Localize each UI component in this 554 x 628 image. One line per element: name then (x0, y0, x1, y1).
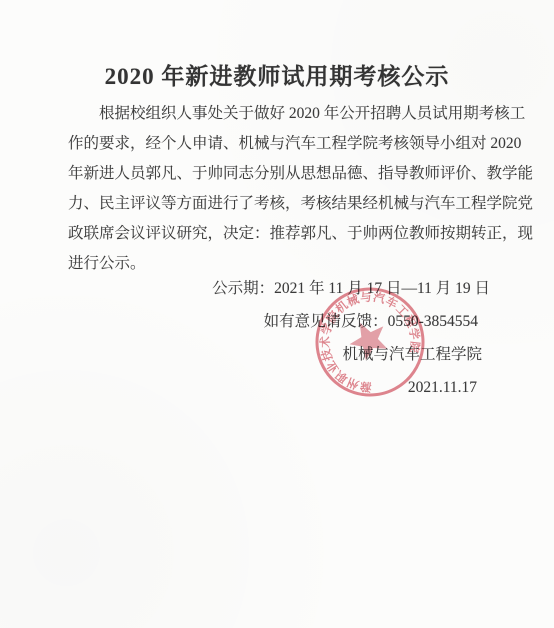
signer-department: 机械与汽车工程学院 (0, 338, 554, 371)
signature-date: 2021.11.17 (0, 371, 554, 404)
publicity-period: 公示期：2021 年 11 月 17 日—11 月 19 日 (0, 272, 554, 305)
body-line: 力、民主评议等方面进行了考核，考核结果经机械与汽车工程学院党 (68, 189, 494, 219)
notice-closing: 公示期：2021 年 11 月 17 日—11 月 19 日 如有意见请反馈：0… (0, 272, 554, 404)
body-line: 作的要求，经个人申请、机械与汽车工程学院考核领导小组对 2020 (68, 129, 494, 159)
notice-title: 2020 年新进教师试用期考核公示 (0, 58, 554, 91)
notice-body: 根据校组织人事处关于做好 2020 年公开招聘人员试用期考核工 作的要求，经个人… (68, 99, 494, 279)
body-line: 年新进人员郭凡、于帅同志分别从思想品德、指导教师评价、教学能 (68, 159, 494, 189)
scanned-notice-page: 2020 年新进教师试用期考核公示 根据校组织人事处关于做好 2020 年公开招… (0, 0, 554, 628)
body-line: 根据校组织人事处关于做好 2020 年公开招聘人员试用期考核工 (68, 99, 494, 129)
feedback-phone: 如有意见请反馈：0550-3854554 (0, 305, 554, 338)
body-line: 政联席会议评议研究，决定：推荐郭凡、于帅两位教师按期转正，现 (68, 219, 494, 249)
